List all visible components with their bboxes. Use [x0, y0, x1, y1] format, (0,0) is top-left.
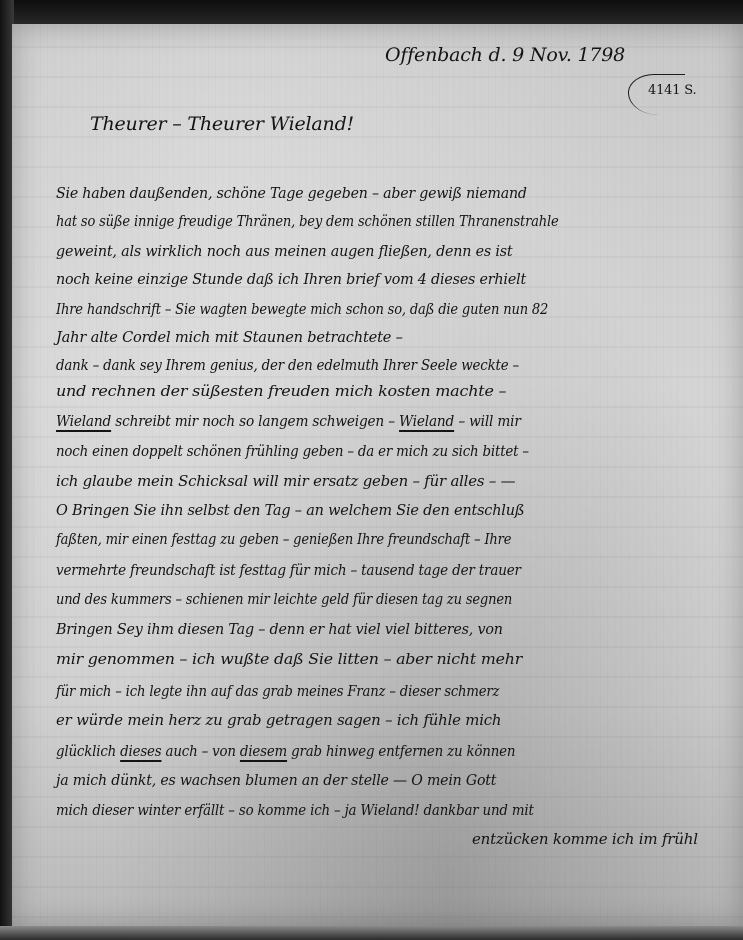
body-line: mir genommen – ich wußte daß Sie litten …: [56, 652, 522, 667]
letter-place-date: Offenbach d. 9 Nov. 1798: [385, 46, 625, 65]
body-line: geweint, als wirklich noch aus meinen au…: [56, 244, 512, 259]
closing-line: entzücken komme ich im frühl: [472, 832, 698, 847]
body-line: er würde mein herz zu grab getragen sage…: [56, 713, 501, 728]
body-line-fragment: – will mir: [458, 412, 520, 430]
body-line: mich dieser winter erfällt – so komme ic…: [56, 803, 534, 818]
body-line: Ihre handschrift – Sie wagten bewegte mi…: [56, 302, 548, 317]
underlined-word: diesem: [240, 742, 287, 760]
body-line: Bringen Sey ihm diesen Tag – denn er hat…: [56, 622, 503, 637]
scan-border-bottom: [0, 926, 743, 940]
body-line-fragment: schreibt mir noch so langem schweigen –: [115, 412, 399, 430]
body-line: dank – dank sey Ihrem genius, der den ed…: [56, 358, 519, 373]
body-line-fragment: grab hinweg entfernen zu können: [291, 742, 515, 760]
underlined-name: Wieland: [56, 412, 111, 430]
body-line-with-underlines: glücklich dieses auch – von diesem grab …: [56, 744, 515, 759]
body-line: O Bringen Sie ihn selbst den Tag – an we…: [56, 503, 524, 518]
body-line: noch keine einzige Stunde daß ich Ihren …: [56, 272, 526, 287]
underlined-name: Wieland: [399, 412, 454, 430]
scan-border-top: [0, 0, 743, 26]
body-line: vermehrte freundschaft ist festtag für m…: [56, 563, 521, 578]
body-line-fragment: auch – von: [166, 742, 240, 760]
body-line: und rechnen der süßesten freuden mich ko…: [56, 384, 506, 399]
archive-mark-label: 4141 S.: [648, 84, 696, 97]
body-line: Sie haben daußenden, schöne Tage gegeben…: [56, 186, 527, 201]
body-line: hat so süße innige freudige Thränen, bey…: [56, 214, 559, 229]
body-line: Jahr alte Cordel mich mit Staunen betrac…: [56, 330, 403, 345]
body-line: noch einen doppelt schönen frühling gebe…: [56, 444, 529, 459]
body-line-fragment: glücklich: [56, 742, 120, 760]
letter-salutation: Theurer – Theurer Wieland!: [90, 115, 354, 134]
body-line: für mich – ich legte ihn auf das grab me…: [56, 684, 499, 699]
body-line-with-underlines: Wieland schreibt mir noch so langem schw…: [56, 414, 521, 429]
underlined-word: dieses: [120, 742, 161, 760]
body-line: ja mich dünkt, es wachsen blumen an der …: [56, 773, 496, 788]
body-line: ich glaube mein Schicksal will mir ersat…: [56, 474, 515, 489]
body-line: und des kummers – schienen mir leichte g…: [56, 592, 512, 607]
body-line: faßten, mir einen festtag zu geben – gen…: [56, 532, 511, 547]
